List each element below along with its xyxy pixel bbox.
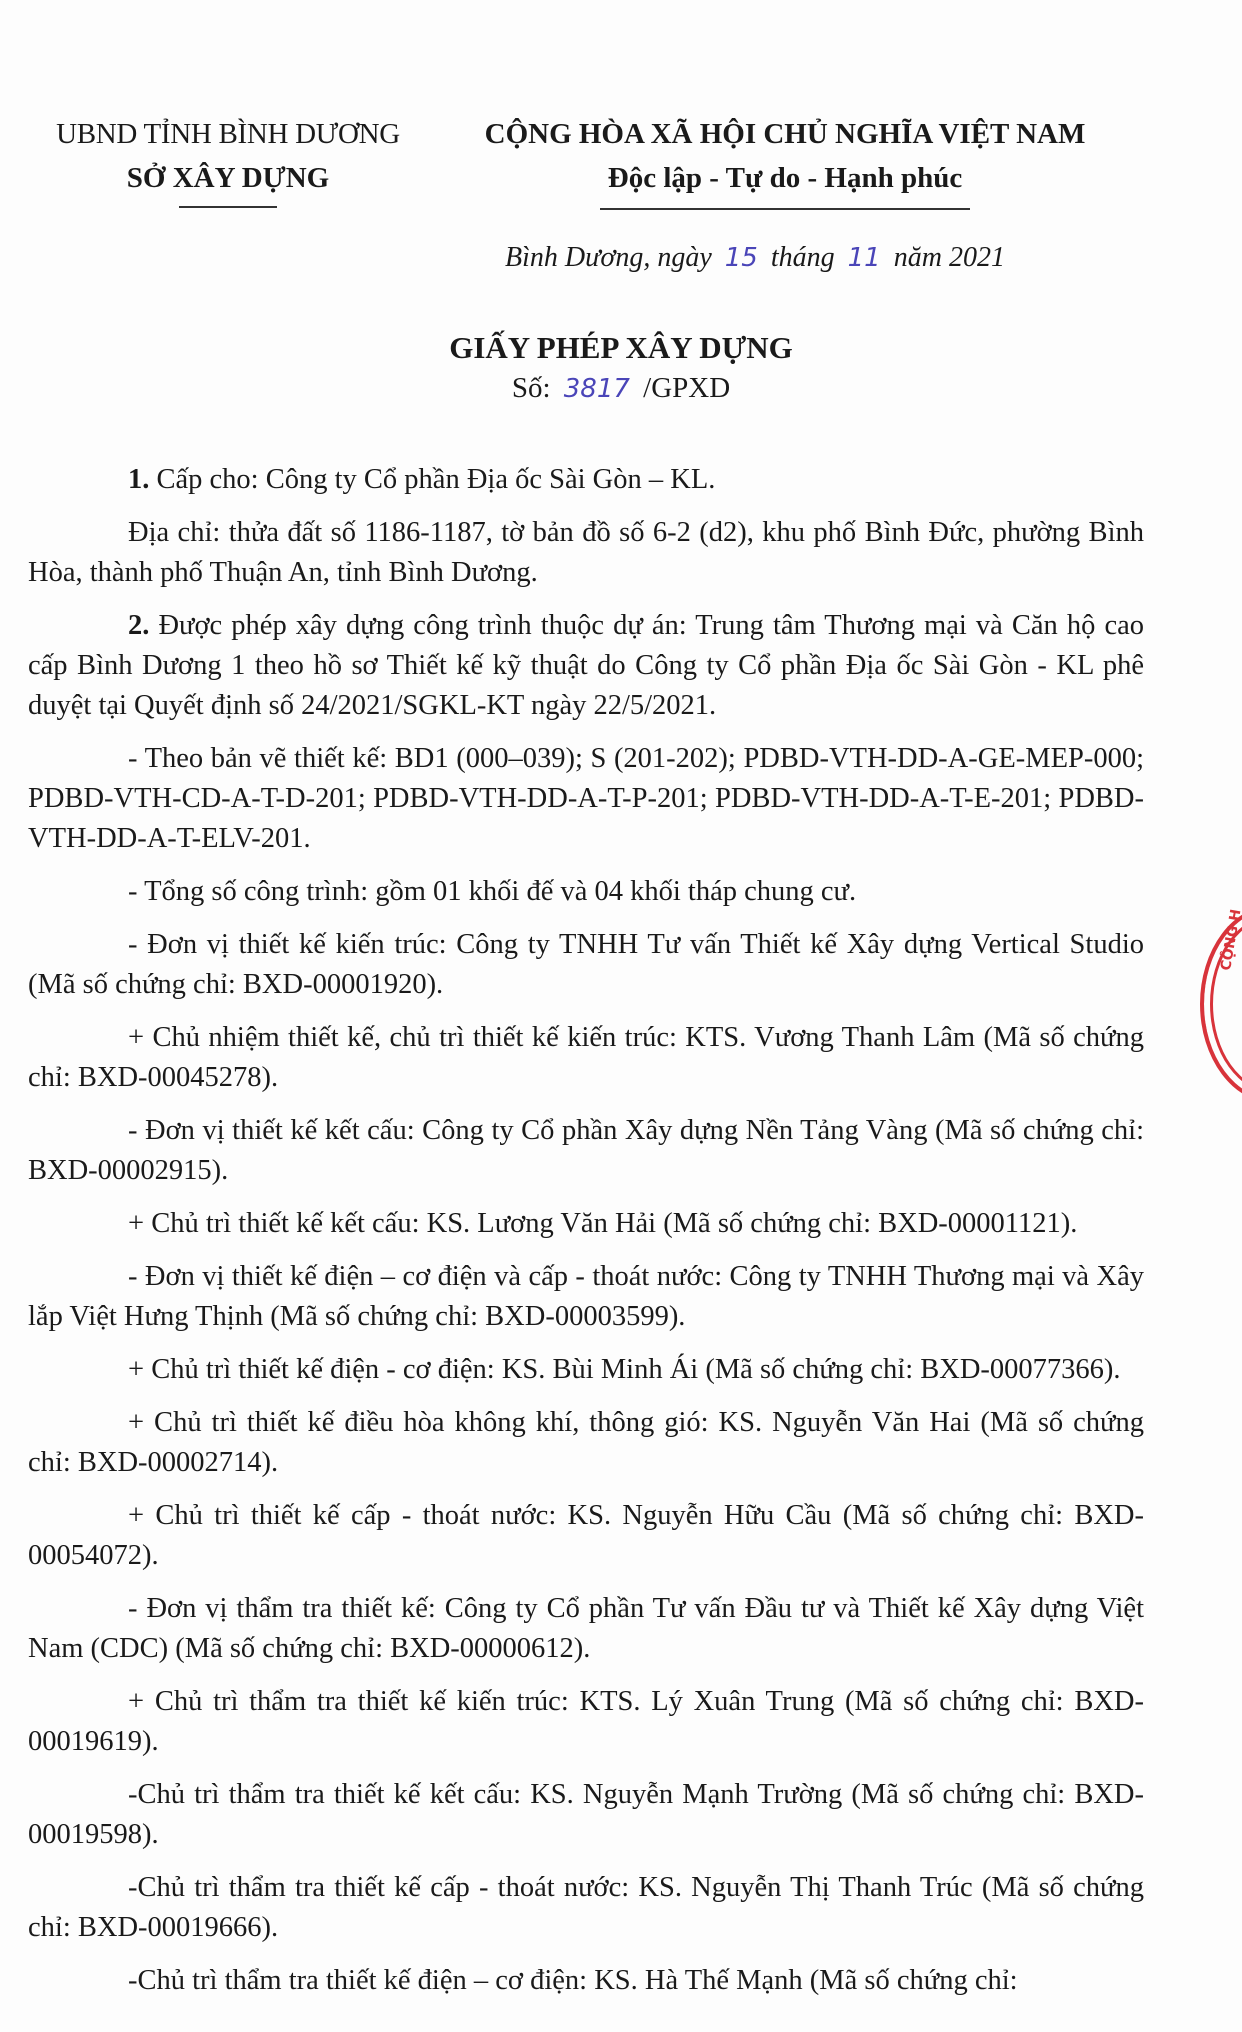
issue-dateline: Bình Dương, ngày 15 tháng 11 năm 2021 xyxy=(505,242,1005,274)
permit-paragraph: + Chủ trì thiết kế điện - cơ điện: KS. B… xyxy=(28,1350,1144,1390)
permit-paragraph: - Đơn vị thẩm tra thiết kế: Công ty Cổ p… xyxy=(28,1589,1144,1669)
document-number: Số: 3817 /GPXD xyxy=(0,372,1242,405)
red-seal-stamp-icon: CỘNG H xyxy=(1200,905,1242,1103)
agency-line-2: SỞ XÂY DỰNG xyxy=(28,156,428,200)
permit-paragraph: -Chủ trì thẩm tra thiết kế cấp - thoát n… xyxy=(28,1868,1144,1948)
permit-paragraph: - Đơn vị thiết kế kiến trúc: Công ty TNH… xyxy=(28,925,1144,1005)
national-motto: Độc lập - Tự do - Hạnh phúc xyxy=(445,156,1125,200)
agency-line-1: UBND TỈNH BÌNH DƯƠNG xyxy=(28,112,428,156)
section-number: 2. xyxy=(128,610,149,641)
issuing-agency-header: UBND TỈNH BÌNH DƯƠNG SỞ XÂY DỰNG xyxy=(28,112,428,208)
permit-body: 1. Cấp cho: Công ty Cổ phần Địa ốc Sài G… xyxy=(28,460,1144,2014)
permit-paragraph: 1. Cấp cho: Công ty Cổ phần Địa ốc Sài G… xyxy=(28,460,1144,500)
stamp-text: CỘNG H xyxy=(1218,908,1242,972)
permit-paragraph: -Chủ trì thẩm tra thiết kế kết cấu: KS. … xyxy=(28,1775,1144,1855)
permit-paragraph: + Chủ trì thiết kế kết cấu: KS. Lương Vă… xyxy=(28,1204,1144,1244)
permit-paragraph: - Đơn vị thiết kế kết cấu: Công ty Cổ ph… xyxy=(28,1111,1144,1191)
agency-underline-divider xyxy=(179,206,277,208)
handwritten-doc-number: 3817 xyxy=(558,374,636,404)
permit-paragraph: + Chủ trì thiết kế cấp - thoát nước: KS.… xyxy=(28,1496,1144,1576)
permit-paragraph: + Chủ trì thiết kế điều hòa không khí, t… xyxy=(28,1403,1144,1483)
national-name: CỘNG HÒA XÃ HỘI CHỦ NGHĨA VIỆT NAM xyxy=(445,112,1125,156)
permit-paragraph: - Tổng số công trình: gồm 01 khối đế và … xyxy=(28,872,1144,912)
permit-paragraph: -Chủ trì thẩm tra thiết kế điện – cơ điệ… xyxy=(28,1961,1144,2001)
handwritten-day: 15 xyxy=(719,243,764,273)
permit-paragraph: + Chủ nhiệm thiết kế, chủ trì thiết kế k… xyxy=(28,1018,1144,1098)
permit-paragraph: Địa chỉ: thửa đất số 1186-1187, tờ bản đ… xyxy=(28,513,1144,593)
motto-underline-divider xyxy=(600,208,970,210)
doc-number-suffix: /GPXD xyxy=(643,372,730,404)
doc-number-prefix: Số: xyxy=(512,372,551,404)
permit-paragraph: - Theo bản vẽ thiết kế: BD1 (000–039); S… xyxy=(28,739,1144,859)
dateline-prefix: Bình Dương, ngày xyxy=(505,242,712,273)
document-title: GIẤY PHÉP XÂY DỰNG xyxy=(0,330,1242,366)
dateline-year: năm 2021 xyxy=(894,242,1005,273)
national-motto-header: CỘNG HÒA XÃ HỘI CHỦ NGHĨA VIỆT NAM Độc l… xyxy=(445,112,1125,210)
permit-paragraph: - Đơn vị thiết kế điện – cơ điện và cấp … xyxy=(28,1257,1144,1337)
permit-paragraph: + Chủ trì thẩm tra thiết kế kiến trúc: K… xyxy=(28,1682,1144,1762)
permit-paragraph: 2. Được phép xây dựng công trình thuộc d… xyxy=(28,606,1144,726)
permit-document-page: UBND TỈNH BÌNH DƯƠNG SỞ XÂY DỰNG CỘNG HÒ… xyxy=(0,0,1242,2032)
dateline-month-label: tháng xyxy=(771,242,835,273)
handwritten-month: 11 xyxy=(842,243,887,273)
section-number: 1. xyxy=(128,464,149,495)
